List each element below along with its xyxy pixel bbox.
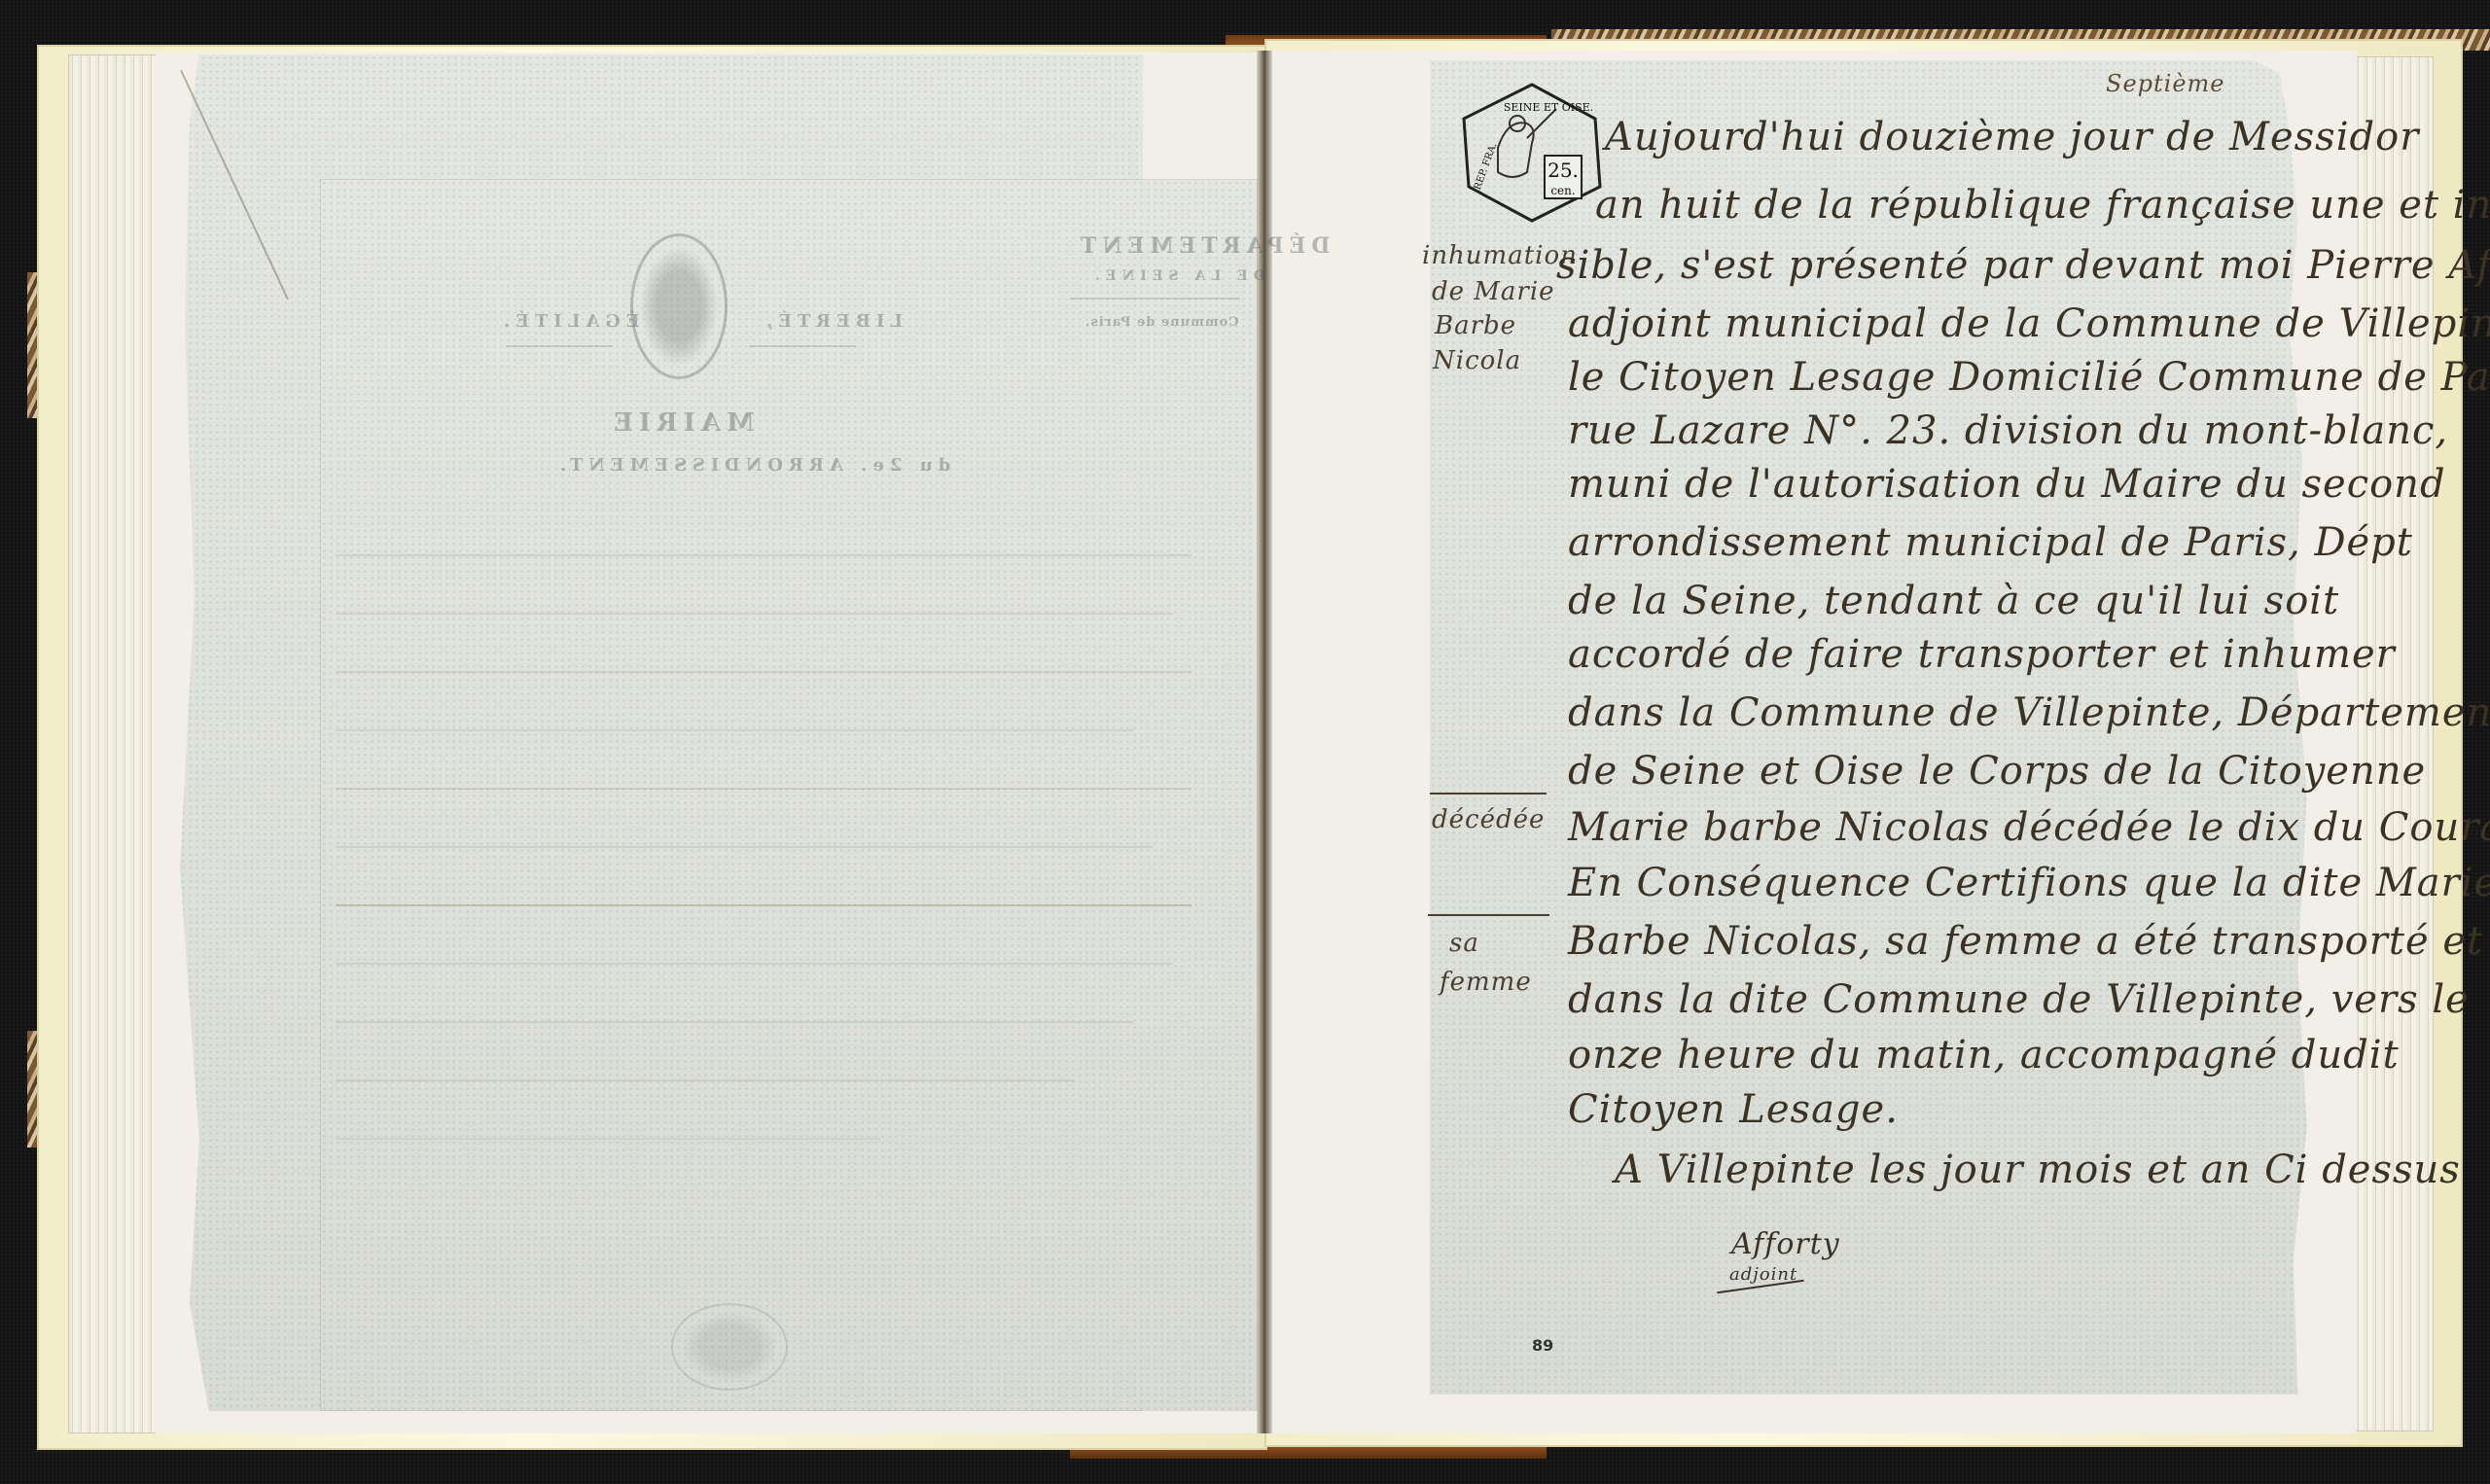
text-line-6: rue Lazare N°. 23. division du mont-blan… [1568,408,2448,453]
text-line-14: En Conséquence Certifions que la dite Ma… [1568,861,2490,905]
text-line-13: Marie barbe Nicolas décédée le dix du Co… [1568,805,2490,850]
svg-text:cen.: cen. [1550,184,1575,197]
text-line-5: le Citoyen Lesage Domicilié Commune de P… [1568,355,2490,400]
text-line-9: de la Seine, tendant à ce qu'il lui soit [1568,579,2339,623]
text-line-1: Aujourd'hui douzième jour de Messidor [1605,115,2419,159]
ghost-motto-right: ÉGALITÉ. [498,311,640,332]
text-line-11: dans la Commune de Villepinte, Départeme… [1568,690,2490,735]
ghost-title: MAIRIE [608,408,755,438]
ghost-rule [1070,298,1240,300]
signature-afforty: Afforty [1731,1227,1840,1261]
text-line-2: an huit de la république française une e… [1595,183,2490,228]
folio-number: 89 [1532,1336,1553,1355]
margin-note-title-l4: Nicola [1433,346,1521,375]
ghost-department: DÉPARTEMENT [1075,233,1331,259]
tax-stamp-icon: 25. cen. SEINE ET OISE. REP. FRA. [1459,80,1605,226]
margin-note-title-l2: de Marie [1432,277,1555,306]
svg-text:25.: 25. [1547,159,1579,182]
margin-note-sa: sa [1449,929,1479,958]
left-page-edges [68,54,160,1433]
ghost-subtitle: du 2e. ARRONDISSEMENT. [554,455,950,476]
ghost-stamp-bottom-icon [671,1303,788,1391]
ghost-seal-icon [630,233,728,379]
ghost-motto-left: LIBERTÉ, [761,311,903,332]
margin-rule-2 [1428,914,1549,916]
margin-note-femme: femme [1440,968,1532,997]
margin-note-decedee: décédée [1432,805,1545,834]
ghost-department-sub: DE LA SEINE. [1089,268,1265,284]
text-line-12: de Seine et Oise le Corps de la Citoyenn… [1568,749,2426,794]
svg-text:REP. FRA.: REP. FRA. [1473,141,1500,191]
text-line-18: Citoyen Lesage. [1568,1087,1899,1132]
ghost-motto-underline-right [749,345,856,347]
text-line-8: arrondissement municipal de Paris, Dépt [1568,520,2413,565]
text-line-7: muni de l'autorisation du Maire du secon… [1568,462,2446,507]
text-line-17: onze heure du matin, accompagné dudit [1568,1033,2400,1078]
text-line-3: sible, s'est présenté par devant moi Pie… [1556,243,2490,288]
text-line-4: adjoint municipal de la Commune de Ville… [1568,301,2490,346]
text-line-16: dans la dite Commune de Villepinte, vers… [1568,977,2470,1022]
insertion-note-septieme: Septième [2106,70,2225,97]
margin-note-title-l1: inhumation [1422,241,1578,270]
text-line-19: A Villepinte les jour mois et an Ci dess… [1615,1148,2461,1192]
margin-note-title-l3: Barbe [1435,311,1516,340]
ghost-handwriting-block [336,525,1211,1186]
ghost-motto-underline-left [506,345,613,347]
text-line-15: Barbe Nicolas, sa femme a été transporté… [1568,919,2490,964]
margin-rule-1 [1430,793,1547,795]
svg-text:SEINE ET OISE.: SEINE ET OISE. [1504,101,1593,114]
ghost-commune: Commune de Paris. [1085,315,1239,330]
text-line-10: accordé de faire transporter et inhumer [1568,632,2396,677]
